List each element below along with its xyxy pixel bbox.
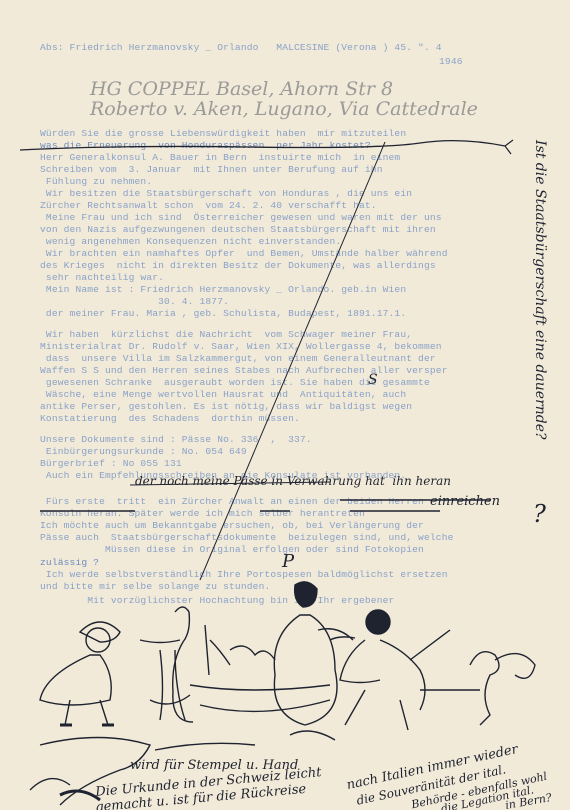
ink-drawing-layer <box>0 0 570 810</box>
